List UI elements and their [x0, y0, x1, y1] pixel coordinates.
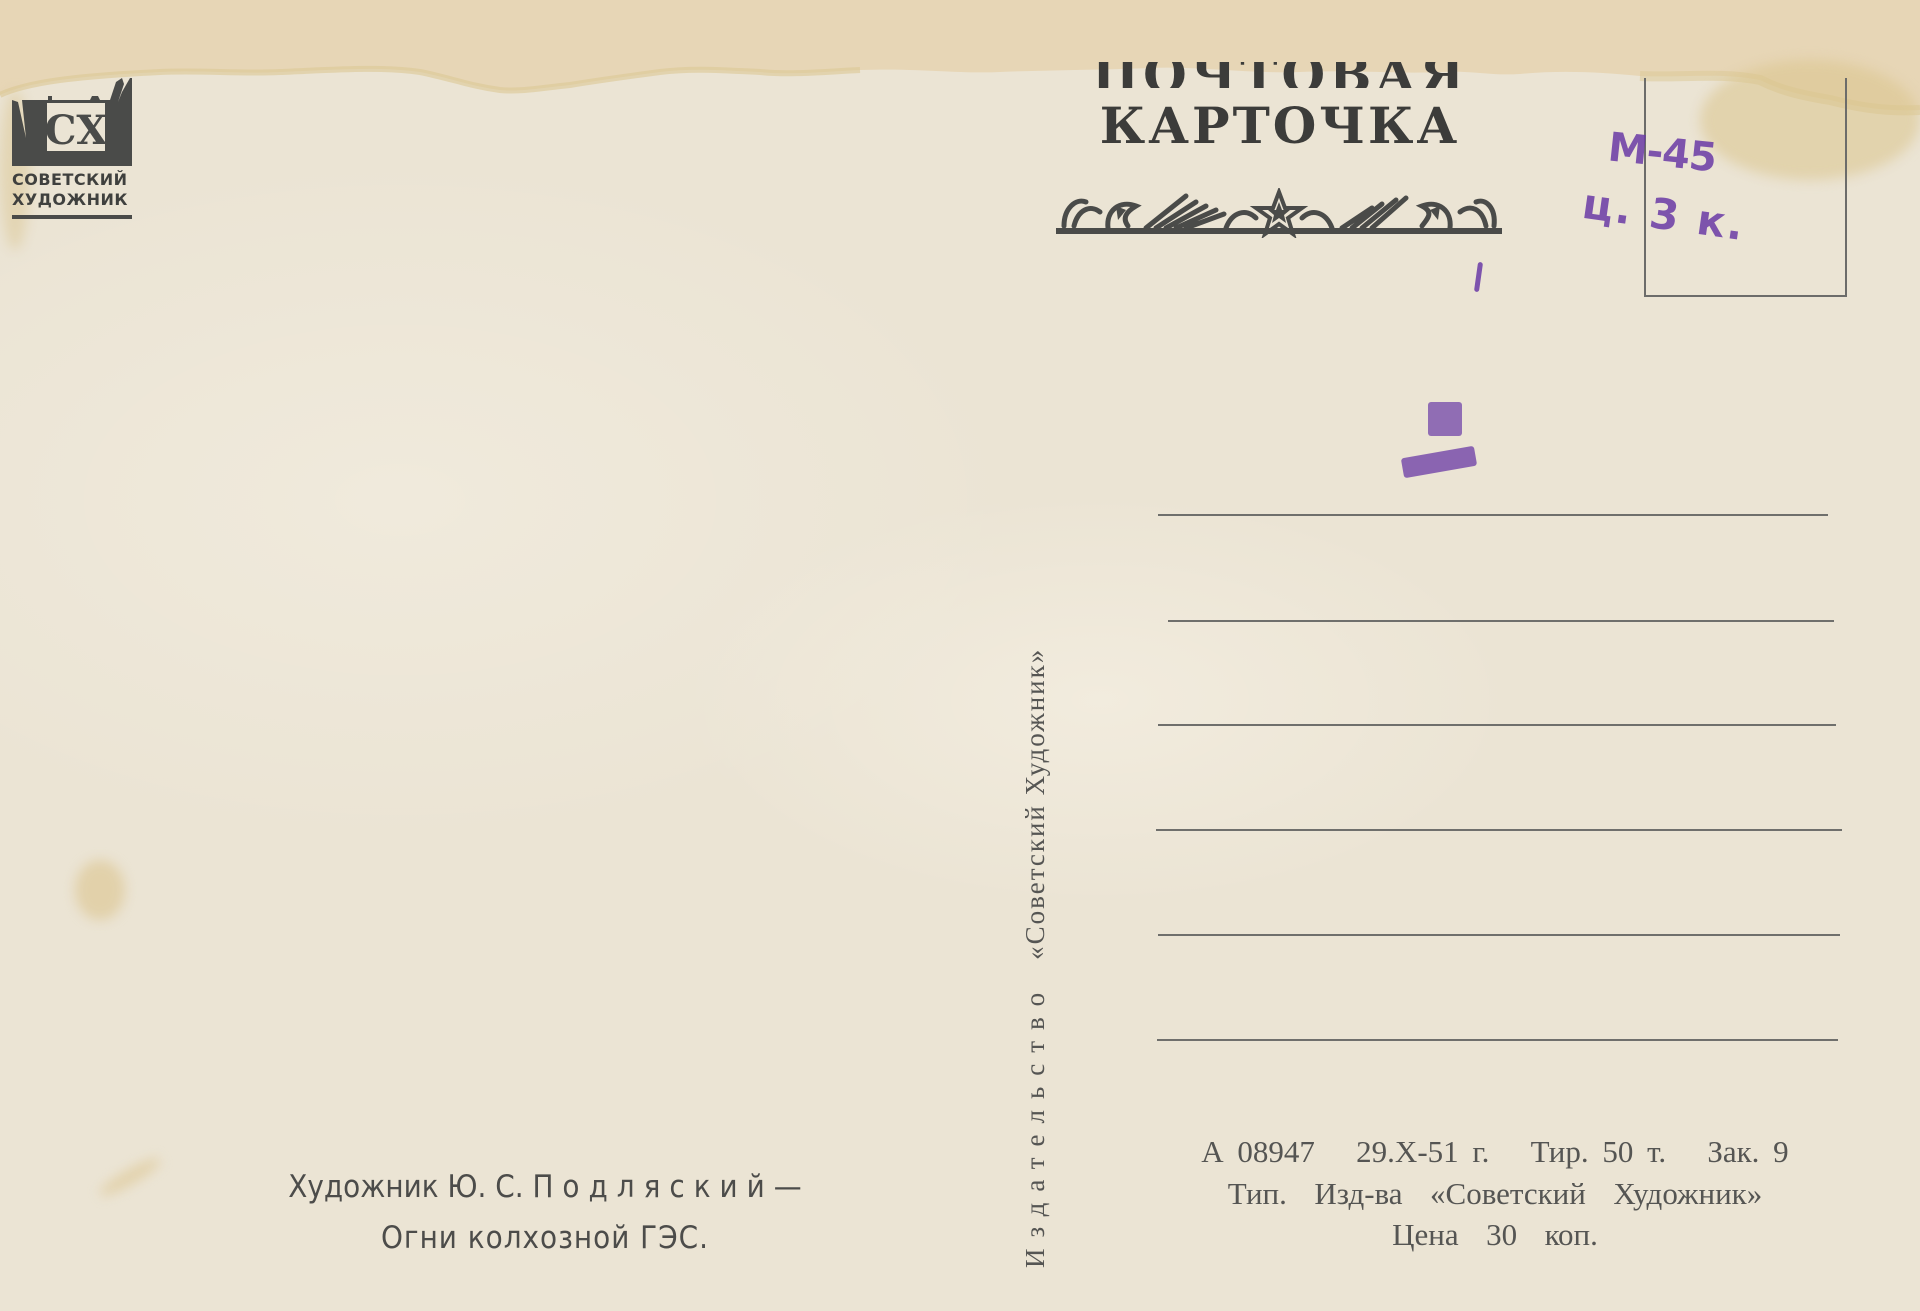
torn-top-edge	[0, 0, 1920, 130]
svg-text:СХ: СХ	[45, 107, 108, 154]
address-line	[1158, 934, 1840, 936]
logo-underline	[12, 215, 132, 219]
logo-text-line2: ХУДОЖНИК	[12, 190, 134, 210]
imprint-line1: А 08947 29.Х-51 г. Тир. 50 т. Зак. 9	[1145, 1131, 1845, 1173]
publisher-label: Издательство	[1020, 982, 1050, 1268]
publisher-vertical-text: Издательство«Советский Художник»	[1020, 648, 1051, 1268]
ink-smudge	[1428, 402, 1462, 436]
address-line	[1158, 724, 1836, 726]
imprint-price: Цена 30 коп.	[1145, 1214, 1845, 1256]
caption-title-line: Огни колхозной ГЭС.	[150, 1213, 940, 1264]
publisher-name: «Советский Художник»	[1020, 648, 1050, 960]
address-line	[1156, 829, 1842, 831]
water-stain	[75, 860, 125, 920]
artwork-caption: Художник Ю. С. Подляский— Огни колхозной…	[150, 1162, 940, 1264]
postcard-header: ПОЧТОВАЯ КАРТОЧКА	[1050, 50, 1510, 158]
header-line-kartochka: КАРТОЧКА	[1050, 94, 1510, 158]
header-line-pochtovaya: ПОЧТОВАЯ	[1050, 50, 1510, 88]
printing-imprint: А 08947 29.Х-51 г. Тир. 50 т. Зак. 9 Тип…	[1145, 1131, 1845, 1256]
address-line	[1158, 514, 1828, 516]
address-line	[1168, 620, 1834, 622]
artist-surname: Подляский	[532, 1169, 773, 1205]
publisher-logo: СХ СОВЕТСКИЙ ХУДОЖНИК	[12, 78, 134, 219]
imprint-line2: Тип. Изд-ва «Советский Художник»	[1145, 1173, 1845, 1215]
logo-text-line1: СОВЕТСКИЙ	[12, 170, 134, 190]
sovetsky-khudozhnik-logo-icon: СХ	[12, 78, 132, 166]
address-line	[1157, 1039, 1838, 1041]
postage-stamp-area	[1644, 78, 1847, 297]
star-hammer-sickle-ornament-icon	[1056, 188, 1502, 238]
caption-artist-line: Художник Ю. С. Подляский—	[150, 1162, 940, 1213]
